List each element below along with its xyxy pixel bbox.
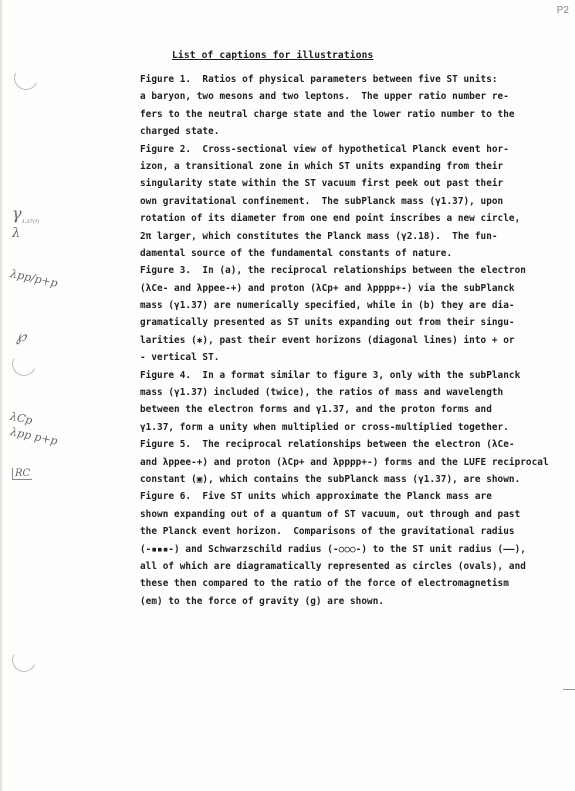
caption-line: between the electron forms and γ1.37, an… bbox=[140, 401, 565, 418]
punch-hole-icon bbox=[9, 645, 40, 676]
caption-line: fers to the neutral charge state and the… bbox=[140, 106, 565, 123]
caption-line: charged state. bbox=[140, 123, 565, 140]
caption-line: these then compared to the ratio of the … bbox=[140, 575, 565, 592]
caption-line: (-▪▪▪-) and Schwarzschild radius (-○○○-)… bbox=[140, 541, 565, 558]
margin-note-text: γ bbox=[12, 204, 22, 223]
caption-line: Figure 4. In a format similar to figure … bbox=[140, 367, 565, 384]
caption-line: own gravitational confinement. The subPl… bbox=[140, 193, 565, 210]
caption-line: mass (γ1.37) are numerically specified, … bbox=[140, 297, 565, 314]
caption-line: (em) to the force of gravity (g) are sho… bbox=[140, 593, 565, 610]
margin-note-gamma: γ1.37(?) bbox=[12, 204, 39, 225]
page-edge-shadow bbox=[0, 0, 3, 791]
caption-line: Figure 5. The reciprocal relationships b… bbox=[140, 436, 565, 453]
margin-note-rc: RC bbox=[12, 468, 32, 480]
page-title: List of captions for illustrations bbox=[172, 50, 373, 61]
margin-note-lambda-pp2: λpp p+p bbox=[9, 425, 59, 448]
caption-line: Figure 1. Ratios of physical parameters … bbox=[140, 71, 565, 88]
edge-mark bbox=[563, 689, 575, 690]
caption-line: mass (γ1.37) included (twice), the ratio… bbox=[140, 384, 565, 401]
caption-line: a baryon, two mesons and two leptons. Th… bbox=[140, 88, 565, 105]
caption-line: gramatically presented as ST units expan… bbox=[140, 314, 565, 331]
caption-line: and λppee-+) and proton (λCp+ and λpppp+… bbox=[140, 454, 565, 471]
caption-line: Figure 6. Five ST units which approximat… bbox=[140, 488, 565, 505]
caption-line: larities (✱), past their event horizons … bbox=[140, 332, 565, 349]
punch-hole-icon bbox=[11, 63, 42, 94]
caption-line: (λCe- and λppee-+) and proton (λCp+ and … bbox=[140, 280, 565, 297]
punch-hole-icon bbox=[9, 349, 40, 380]
caption-line: Figure 2. Cross-sectional view of hypoth… bbox=[140, 141, 565, 158]
caption-line: izon, a transitional zone in which ST un… bbox=[140, 158, 565, 175]
caption-line: 2π larger, which constitutes the Planck … bbox=[140, 228, 565, 245]
caption-line: singularity state within the ST vacuum f… bbox=[140, 175, 565, 192]
caption-line: Figure 3. In (a), the reciprocal relatio… bbox=[140, 262, 565, 279]
caption-line: all of which are diagramatically represe… bbox=[140, 558, 565, 575]
caption-line: shown expanding out of a quantum of ST v… bbox=[140, 506, 565, 523]
margin-note-lambda-pp: λpp/p+p bbox=[9, 267, 59, 290]
margin-note-lambda: λ bbox=[12, 226, 20, 241]
caption-line: γ1.37, form a unity when multiplied or c… bbox=[140, 419, 565, 436]
margin-note-sub: 1.37(?) bbox=[22, 219, 40, 225]
caption-line: rotation of its diameter from one end po… bbox=[140, 210, 565, 227]
margin-note-symbol: ℘ bbox=[16, 327, 26, 345]
captions-body: Figure 1. Ratios of physical parameters … bbox=[140, 71, 565, 610]
caption-line: damental source of the fundamental const… bbox=[140, 245, 565, 262]
caption-line: - vertical ST. bbox=[140, 349, 565, 366]
caption-line: the Planck event horizon. Comparisons of… bbox=[140, 523, 565, 540]
page-number: P2 bbox=[557, 5, 569, 16]
caption-line: constant (▣), which contains the subPlan… bbox=[140, 471, 565, 488]
